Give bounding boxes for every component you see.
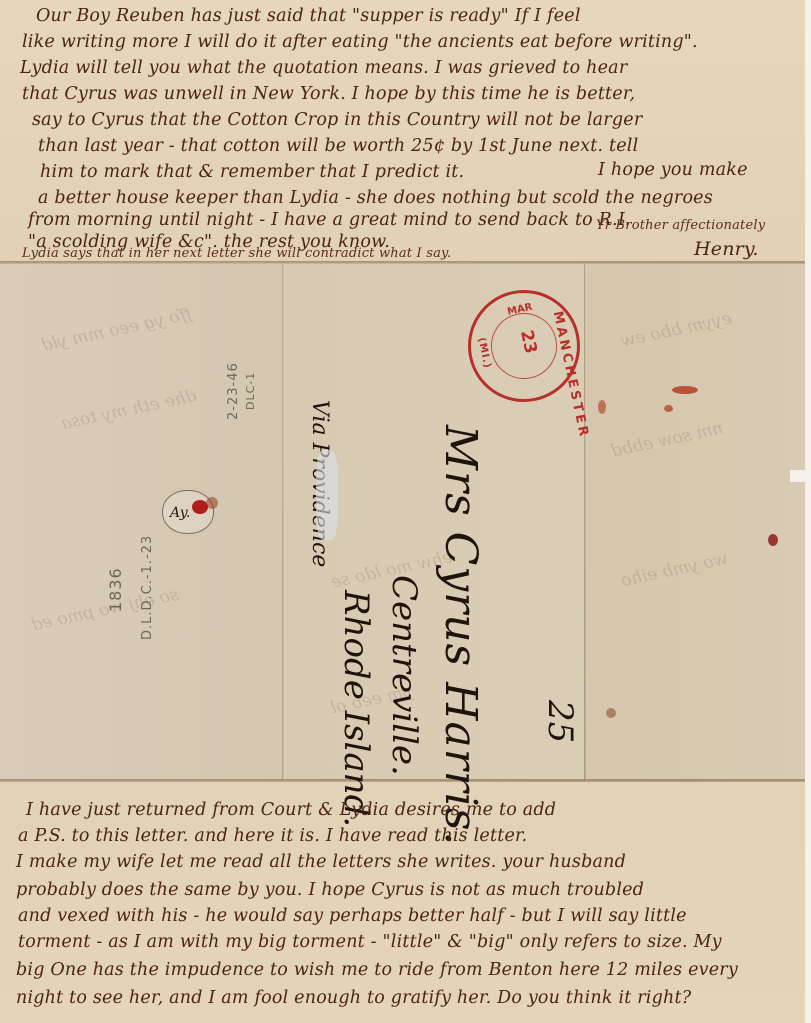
letter-line: that Cyrus was unwell in New York. I hop… bbox=[22, 84, 635, 104]
letter-line: a better house keeper than Lydia - she d… bbox=[38, 188, 713, 208]
letter-line: I make my wife let me read all the lette… bbox=[16, 852, 626, 872]
stain bbox=[206, 497, 218, 509]
pencil-catalog-note: 2-23-46 bbox=[226, 362, 241, 420]
right-fold-panel bbox=[587, 264, 805, 780]
paper-edge bbox=[805, 0, 811, 1023]
stain bbox=[598, 400, 606, 414]
letter-line: say to Cyrus that the Cotton Crop in thi… bbox=[32, 110, 642, 130]
letter-line: than last year - that cotton will be wor… bbox=[38, 136, 638, 156]
signature: Henry. bbox=[694, 238, 759, 260]
seal-note: Ay. bbox=[170, 505, 191, 521]
letter-line: him to mark that & remember that I predi… bbox=[40, 162, 464, 182]
letter-line: Lydia will tell you what the quotation m… bbox=[20, 58, 627, 78]
letter-line: like writing more I will do it after eat… bbox=[22, 32, 698, 52]
pencil-catalog-note: DLC-1 bbox=[244, 372, 257, 410]
postage-rate: 25 bbox=[540, 700, 580, 743]
letter-line: from morning until night - I have a grea… bbox=[28, 210, 631, 230]
letter-line: big One has the impudence to wish me to … bbox=[16, 960, 738, 980]
pencil-year-note: 1836 bbox=[106, 567, 125, 612]
paper-repair bbox=[316, 450, 338, 540]
vertical-fold-right bbox=[584, 264, 587, 780]
letter-line: night to see her, and I am fool enough t… bbox=[16, 988, 691, 1008]
letter-line: and vexed with his - he would say perhap… bbox=[18, 906, 687, 926]
letter-sheet: ffo yg eeo mm yld dhe eth my tosa so ehj… bbox=[0, 0, 811, 1023]
stain bbox=[606, 708, 616, 718]
stain bbox=[664, 405, 673, 412]
horizontal-fold-top bbox=[0, 261, 811, 265]
pencil-archival-note: D.L.D.C.-1.-23 bbox=[140, 535, 155, 640]
recipient-state: Rhode Island. bbox=[336, 590, 376, 827]
horizontal-fold-bottom bbox=[0, 779, 811, 783]
letter-line: a P.S. to this letter. and here it is. I… bbox=[18, 826, 527, 846]
letter-line: I have just returned from Court & Lydia … bbox=[26, 800, 556, 820]
letter-line: Our Boy Reuben has just said that "suppe… bbox=[36, 6, 581, 26]
stain bbox=[672, 386, 698, 394]
recipient-name: Mrs Cyrus Harris. bbox=[435, 425, 486, 846]
letter-line-continuation: I hope you make bbox=[598, 160, 748, 180]
closing: Yr Brother affectionately bbox=[596, 218, 765, 233]
postscript: Lydia says that in her next letter she w… bbox=[22, 246, 451, 261]
stain bbox=[768, 534, 778, 546]
recipient-town: Centreville. bbox=[384, 575, 424, 776]
paper-tear bbox=[790, 470, 811, 482]
letter-line: probably does the same by you. I hope Cy… bbox=[16, 880, 644, 900]
letter-line: torment - as I am with my big torment - … bbox=[18, 932, 722, 952]
vertical-fold-left bbox=[282, 264, 285, 780]
